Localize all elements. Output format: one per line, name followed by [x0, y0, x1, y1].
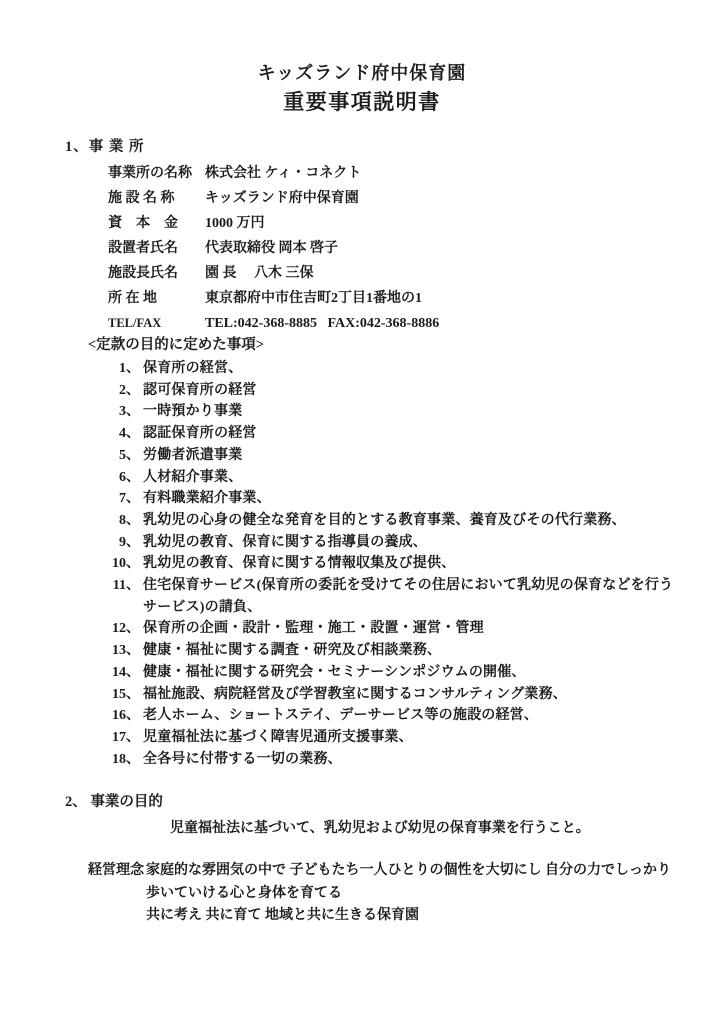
article-text: 認証保育所の経営: [140, 423, 257, 445]
article-item: 9、 乳幼児の教育、保育に関する指導員の養成、: [88, 532, 673, 554]
article-text: 認可保育所の経営: [140, 380, 257, 402]
article-text: 労働者派遣事業: [140, 445, 242, 467]
philosophy-lines: 家庭的な雰囲気の中で 子どもたち一人ひとりの個性を大切にし 自分の力でしっかり …: [146, 860, 671, 928]
office-field-row: TEL/FAX TEL:042-368-8885 FAX:042-368-888…: [108, 311, 439, 336]
field-label: 資 本 金: [108, 211, 205, 236]
article-text: 住宅保育サービス(保育所の委託を受けてその住居において乳幼児の保育などを行う: [140, 575, 673, 597]
section-purpose-heading: 2、 事業の目的: [65, 792, 590, 812]
article-number: 17、: [88, 727, 140, 749]
article-number: 5、: [88, 445, 140, 467]
article-item: 10、 乳幼児の教育、保育に関する情報収集及び提供、: [88, 553, 673, 575]
field-value: 代表取締役 岡本 啓子: [205, 236, 338, 261]
philosophy-line: 家庭的な雰囲気の中で 子どもたち一人ひとりの個性を大切にし 自分の力でしっかり: [146, 860, 671, 883]
article-number: 6、: [88, 467, 140, 489]
article-number: 3、: [88, 401, 140, 423]
field-value: 株式会社 ケィ・コネクト: [205, 161, 361, 186]
article-item: 11、 住宅保育サービス(保育所の委託を受けてその住居において乳幼児の保育などを…: [88, 575, 673, 597]
article-number: 14、: [88, 662, 140, 684]
article-item: 2、 認可保育所の経営: [88, 380, 673, 402]
philosophy-label: 経営理念: [88, 860, 146, 928]
article-number: 4、: [88, 423, 140, 445]
article-item: 5、 労働者派遣事業: [88, 445, 673, 467]
article-item: 12、 保育所の企画・設計・監理・施工・設置・運営・管理: [88, 618, 673, 640]
field-value: TEL:042-368-8885 FAX:042-368-8886: [205, 311, 439, 336]
article-number: 8、: [88, 510, 140, 532]
article-item: 15、 福祉施設、病院経営及び学習教室に関するコンサルティング業務、: [88, 684, 673, 706]
field-label: 施設長氏名: [108, 261, 205, 286]
field-label: 施 設 名 称: [108, 186, 205, 211]
field-value: キッズランド府中保育園: [205, 186, 359, 211]
section-purpose: 2、 事業の目的 児童福祉法に基づいて、乳幼児および幼児の保育事業を行うこと。: [65, 792, 590, 839]
article-number-spacer: [88, 597, 140, 619]
article-text: 人材紹介事業、: [140, 467, 242, 489]
article-text: 乳幼児の心身の健全な発育を目的とする教育事業、養育及びその代行業務、: [140, 510, 626, 532]
article-text: 有料職業紹介事業、: [140, 488, 271, 510]
office-field-row: 資 本 金 1000 万円: [108, 211, 439, 236]
article-number: 9、: [88, 532, 140, 554]
article-text: 全各号に付帯する一切の業務、: [140, 749, 342, 771]
field-label: TEL/FAX: [108, 311, 205, 336]
office-field-row: 施 設 名 称 キッズランド府中保育園: [108, 186, 439, 211]
purpose-body: 児童福祉法に基づいて、乳幼児および幼児の保育事業を行うこと。: [170, 818, 590, 839]
document-page: キッズランド府中保育園 重要事項説明書 1、事 業 所 事業所の名称 株式会社 …: [0, 0, 724, 1024]
section-office: 1、事 業 所 事業所の名称 株式会社 ケィ・コネクト 施 設 名 称 キッズラ…: [65, 137, 439, 336]
article-item-continuation: サービス)の請負、: [88, 597, 673, 619]
article-number: 7、: [88, 488, 140, 510]
article-text: 老人ホーム、ショートステイ、デーサービス等の施設の経営、: [140, 705, 538, 727]
field-label: 設置者氏名: [108, 236, 205, 261]
article-text: 健康・福祉に関する研究会・セミナーシンポジウムの開催、: [140, 662, 526, 684]
article-number: 18、: [88, 749, 140, 771]
section-articles: <定款の目的に定めた事項> 1、 保育所の経営、 2、 認可保育所の経営 3、 …: [88, 335, 673, 770]
article-number: 1、: [88, 358, 140, 380]
article-item: 4、 認証保育所の経営: [88, 423, 673, 445]
article-item: 17、 児童福祉法に基づく障害児通所支援事業、: [88, 727, 673, 749]
article-item: 16、 老人ホーム、ショートステイ、デーサービス等の施設の経営、: [88, 705, 673, 727]
article-number: 15、: [88, 684, 140, 706]
article-number: 2、: [88, 380, 140, 402]
article-item: 18、 全各号に付帯する一切の業務、: [88, 749, 673, 771]
article-item: 7、 有料職業紹介事業、: [88, 488, 673, 510]
article-item: 13、 健康・福祉に関する調査・研究及び相談業務、: [88, 640, 673, 662]
article-text: 乳幼児の教育、保育に関する情報収集及び提供、: [140, 553, 455, 575]
article-item: 8、 乳幼児の心身の健全な発育を目的とする教育事業、養育及びその代行業務、: [88, 510, 673, 532]
article-text: 保育所の企画・設計・監理・施工・設置・運営・管理: [140, 618, 484, 640]
office-field-row: 所 在 地 東京都府中市住吉町2丁目1番地の1: [108, 286, 439, 311]
field-value: 1000 万円: [205, 211, 265, 236]
article-text: 健康・福祉に関する調査・研究及び相談業務、: [140, 640, 441, 662]
article-text: 福祉施設、病院経営及び学習教室に関するコンサルティング業務、: [140, 684, 567, 706]
philosophy-line: 歩いていける心と身体を育てる: [146, 883, 671, 906]
field-value: 園 長 八木 三保: [205, 261, 314, 286]
articles-heading: <定款の目的に定めた事項>: [88, 335, 673, 356]
office-field-row: 設置者氏名 代表取締役 岡本 啓子: [108, 236, 439, 261]
article-text: 保育所の経営、: [140, 358, 242, 380]
article-text: 児童福祉法に基づく障害児通所支援事業、: [140, 727, 413, 749]
office-fields: 事業所の名称 株式会社 ケィ・コネクト 施 設 名 称 キッズランド府中保育園 …: [108, 161, 439, 336]
office-field-row: 施設長氏名 園 長 八木 三保: [108, 261, 439, 286]
article-number: 12、: [88, 618, 140, 640]
article-text: サービス)の請負、: [140, 597, 261, 619]
field-value: 東京都府中市住吉町2丁目1番地の1: [205, 286, 422, 311]
article-item: 6、 人材紹介事業、: [88, 467, 673, 489]
article-number: 11、: [88, 575, 140, 597]
section-philosophy: 経営理念 家庭的な雰囲気の中で 子どもたち一人ひとりの個性を大切にし 自分の力で…: [88, 860, 671, 928]
section-office-heading: 1、事 業 所: [65, 137, 439, 157]
article-item: 3、 一時預かり事業: [88, 401, 673, 423]
title-block: キッズランド府中保育園 重要事項説明書: [0, 60, 724, 116]
field-label: 所 在 地: [108, 286, 205, 311]
field-label: 事業所の名称: [108, 161, 205, 186]
article-number: 10、: [88, 553, 140, 575]
article-number: 16、: [88, 705, 140, 727]
article-text: 乳幼児の教育、保育に関する指導員の養成、: [140, 532, 427, 554]
doc-subtitle: 重要事項説明書: [0, 88, 724, 116]
philosophy-line: 共に考え 共に育て 地域と共に生きる保育園: [146, 905, 671, 928]
article-text: 一時預かり事業: [140, 401, 242, 423]
articles-list: 1、 保育所の経営、 2、 認可保育所の経営 3、 一時預かり事業 4、 認証保…: [88, 358, 673, 770]
article-item: 1、 保育所の経営、: [88, 358, 673, 380]
office-field-row: 事業所の名称 株式会社 ケィ・コネクト: [108, 161, 439, 186]
article-item: 14、 健康・福祉に関する研究会・セミナーシンポジウムの開催、: [88, 662, 673, 684]
doc-title: キッズランド府中保育園: [0, 60, 724, 86]
article-number: 13、: [88, 640, 140, 662]
